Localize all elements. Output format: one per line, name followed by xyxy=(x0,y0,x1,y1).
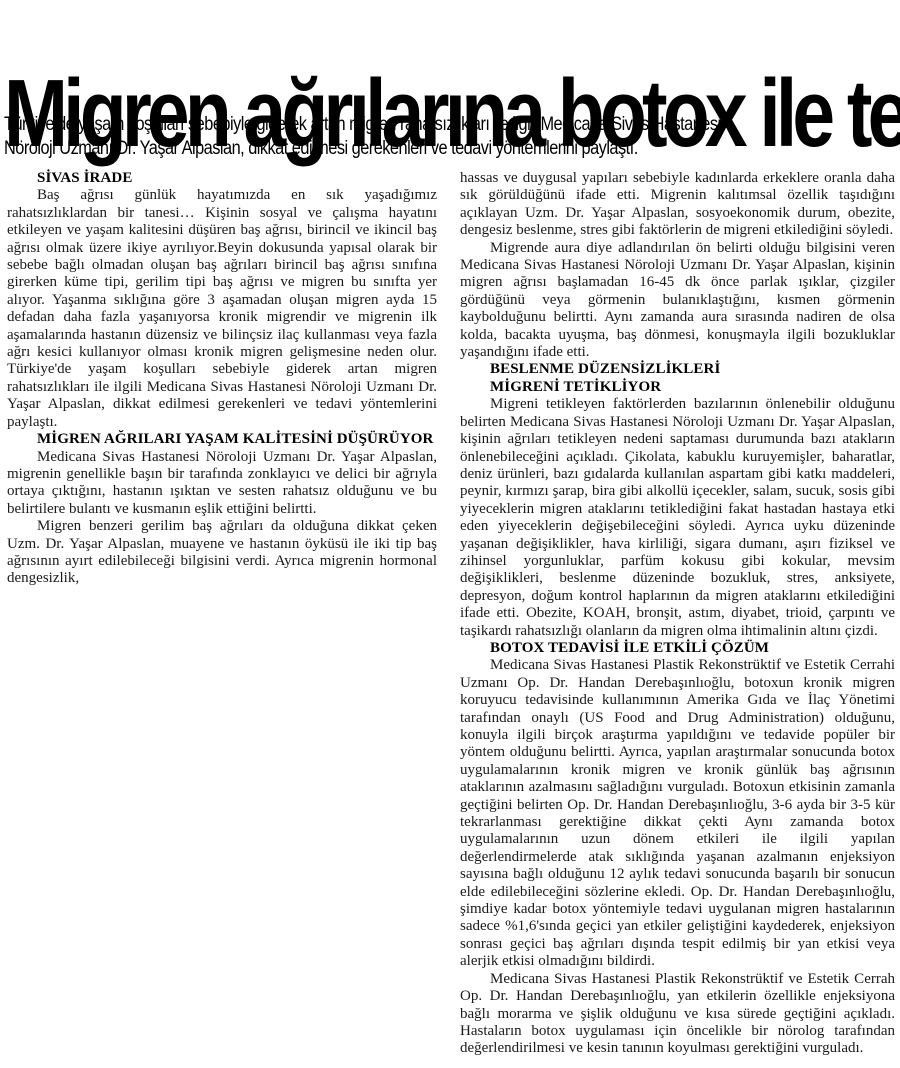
subheading: BESLENME DÜZENSİZLİKLERİ xyxy=(460,361,895,378)
paragraph: Medicana Sivas Hastanesi Plastik Rekonst… xyxy=(460,657,895,970)
subheading: MİGRENİ TETİKLİYOR xyxy=(460,379,895,396)
paragraph: hassas ve duygusal yapıları sebebiyle ka… xyxy=(460,170,895,240)
paragraph: Migrende aura diye adlandırılan ön belir… xyxy=(460,240,895,362)
deck-line: Nöroloji Uzmanı Dr. Yaşar Alpaslan, dikk… xyxy=(4,137,898,161)
paragraph: Medicana Sivas Hastanesi Plastik Rekonst… xyxy=(460,971,895,1058)
paragraph: Migren benzeri gerilim baş ağrıları da o… xyxy=(7,518,437,588)
deck-line: Türkiye’de yaşam koşulları sebebiyle gid… xyxy=(4,113,898,137)
paragraph: Medicana Sivas Hastanesi Nöroloji Uzmanı… xyxy=(7,449,437,519)
byline: SİVAS İRADE xyxy=(7,170,437,187)
left-column: SİVAS İRADE Baş ağrısı günlük hayatımızd… xyxy=(7,170,437,588)
subheading: MİGREN AĞRILARI YAŞAM KALİTESİNİ DÜŞÜRÜY… xyxy=(7,431,437,448)
paragraph: Migreni tetikleyen faktörlerden bazıları… xyxy=(460,396,895,640)
subheading: BOTOX TEDAVİSİ İLE ETKİLİ ÇÖZÜM xyxy=(460,640,895,657)
deck-summary: Türkiye’de yaşam koşulları sebebiyle gid… xyxy=(4,113,898,161)
paragraph: Baş ağrısı günlük hayatımızda en sık yaş… xyxy=(7,187,437,431)
right-column: hassas ve duygusal yapıları sebebiyle ka… xyxy=(460,170,895,1058)
